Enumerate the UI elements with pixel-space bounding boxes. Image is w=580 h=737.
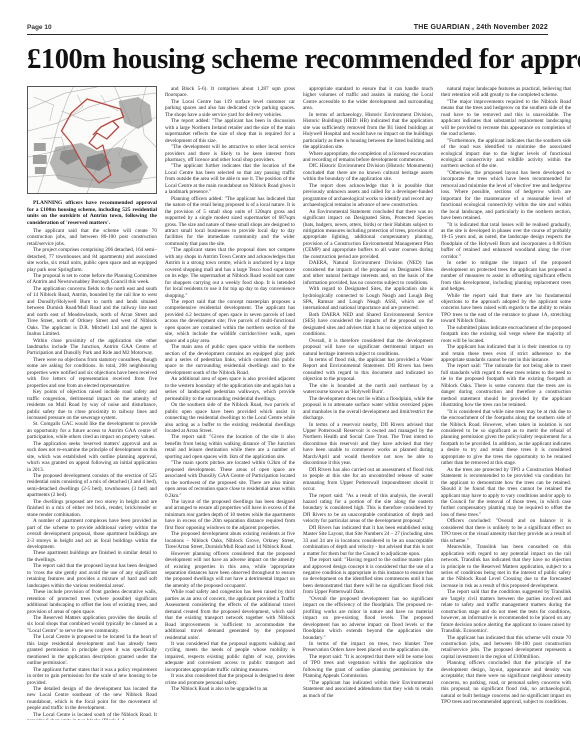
paragraph: These apartment buildings are finished i…: [27, 550, 157, 563]
paragraph: "The development will be attractive to o…: [165, 144, 295, 163]
column-3: appropriate standard to ensure that it c…: [303, 86, 433, 720]
paragraph: Officers concluded: "Overall and on bala…: [441, 518, 571, 544]
paragraph: The proposal is set to come before the P…: [27, 273, 157, 286]
column-4-paragraphs: natural major landscape features as prac…: [441, 86, 571, 706]
paragraph: The proposed development consists of the…: [27, 473, 157, 499]
paragraph: DfI Rivers has indicated that it has bee…: [303, 525, 433, 557]
paragraph: The proposed development abuts existing …: [165, 531, 295, 550]
paragraph: natural major landscape features as prac…: [441, 86, 571, 99]
paragraph: DAERA, Natural Environment Division (NED…: [303, 260, 433, 286]
paragraph: The report said: "The rationale for not …: [441, 363, 571, 408]
paragraph: The main area of public open space withi…: [165, 344, 295, 376]
paragraph: "Furthermore, the applicant indicates th…: [441, 138, 571, 170]
paragraph: An additional area of open space is also…: [165, 376, 295, 402]
article-columns: PLANNING officers have recommended appro…: [27, 86, 571, 720]
paragraph: It was considered that the proposal supp…: [165, 641, 295, 673]
paragraph: The applicant has indicated that it is t…: [441, 344, 571, 363]
paragraph: The Local Centre is located south of the…: [27, 712, 157, 720]
paragraph: The submitted plans indicate encroachmen…: [441, 325, 571, 344]
paragraph: The report said: "Having regard to the o…: [303, 557, 433, 596]
paragraph: The site is bounded at the north and nor…: [303, 383, 433, 396]
paragraph: "The main sports pitches are located wit…: [165, 460, 295, 499]
column-1: PLANNING officers have recommended appro…: [27, 86, 157, 720]
column-4: natural major landscape features as prac…: [441, 86, 571, 720]
headline: £100m housing scheme recommended for app…: [27, 44, 570, 76]
paragraph: Planning officers concluded that the pri…: [441, 660, 571, 705]
paragraph: The report said: "It is accepted that th…: [303, 654, 433, 680]
paragraph: The dwellings proposed are two storey in…: [27, 499, 157, 518]
paragraph: The report said that the conditions sugg…: [441, 589, 571, 634]
paragraph: As the trees are protected by TPO a Cons…: [441, 467, 571, 519]
paragraph: In terms of a reservoir nearby, DfI Rive…: [303, 422, 433, 467]
paragraph: "Otherwise, the proposed layout has been…: [441, 170, 571, 222]
paragraph: While road safety and congestion has bee…: [165, 589, 295, 641]
paragraph: In terms of the impact on trees, two bla…: [303, 641, 433, 654]
paragraph: "The applicant states that the proposal …: [165, 247, 295, 299]
paragraph: There were no objections from statutory …: [27, 357, 157, 389]
paragraph: The development does not lie within a fl…: [303, 396, 433, 422]
paragraph: The application concerns fields to the n…: [27, 286, 157, 338]
paragraph: The Niblock Road is also to be upgraded …: [165, 686, 295, 692]
paragraph: While the report said that there are 'no…: [441, 293, 571, 325]
paragraph: Overall, it is therefore considered that…: [303, 338, 433, 357]
paragraph: "It is indicated that total losses will …: [441, 222, 571, 261]
column-2: and Block 5-6). It comprises about 1,287…: [165, 86, 295, 720]
paragraph: "The major improvements required to the …: [441, 99, 571, 138]
column-3-paragraphs: appropriate standard to ensure that it c…: [303, 86, 433, 699]
masthead: THE GUARDIAN , 24th November 2022: [414, 24, 548, 31]
paragraph: The project comprises comprising 206 det…: [27, 247, 157, 273]
paragraph: Key points of objection raised include r…: [27, 389, 157, 421]
paragraph: Planning officers added: "The applicant …: [165, 196, 295, 248]
paragraph: St. Comgalls GAC would like the developm…: [27, 421, 157, 440]
paragraph: appropriate standard to ensure that it c…: [303, 86, 433, 112]
page-number: Page 10: [27, 24, 52, 31]
paragraph: The report does acknowledge that it is p…: [303, 183, 433, 209]
paragraph: With regard to Designated Sites, the app…: [303, 286, 433, 312]
paragraph: "It is considered that while nine trees …: [441, 409, 571, 467]
paragraph: DfC Historic Environment Division (Histo…: [303, 163, 433, 182]
page-header: Page 10 THE GUARDIAN , 24th November 202…: [27, 24, 548, 35]
paragraph: The Local Centre is proposed to be locat…: [27, 634, 157, 666]
site-map: [27, 86, 157, 194]
paragraph: In terms of archaeology, Historic Enviro…: [303, 112, 433, 151]
lede-paragraph: PLANNING officers have recommended appro…: [27, 200, 157, 227]
paragraph: and Block 5-6). It comprises about 1,287…: [165, 86, 295, 99]
paragraph: The report said that the concept masterp…: [165, 299, 295, 344]
paragraph: The detailed design of the development h…: [27, 686, 157, 712]
paragraph: It was also considered that the proposal…: [165, 673, 295, 686]
paragraph: DfI Rivers has also carried out an asses…: [303, 467, 433, 493]
paragraph: The applicant further states that it was…: [27, 667, 157, 686]
column-1-paragraphs: The applicant said that the scheme will …: [27, 228, 157, 720]
paragraph: Where appropriate, the completion of a l…: [303, 151, 433, 164]
paragraph: A number of apartment complexes have bee…: [27, 518, 157, 550]
paragraph: The Local Centre has 119 surface level c…: [165, 99, 295, 118]
column-2-paragraphs: and Block 5-6). It comprises about 1,287…: [165, 86, 295, 693]
paragraph: The layout of the proposed dwellings has…: [165, 499, 295, 531]
paragraph: Within close proximity of the applicatio…: [27, 338, 157, 357]
paragraph: In terms of flood risk, the applicant ha…: [303, 357, 433, 383]
paragraph: The report added: "The applicant has bee…: [165, 118, 295, 144]
paragraph: These include provision of front gardens…: [27, 589, 157, 615]
paragraph: The applicant said that the scheme will …: [27, 228, 157, 247]
paragraph: "The applicant further indicates that th…: [165, 163, 295, 195]
paragraph: On the southern side of the Niblock Road…: [165, 402, 295, 434]
paragraph: "The applicant has indicated within thei…: [303, 680, 433, 699]
paragraph: "Overall the proposed development has no…: [303, 596, 433, 641]
paragraph: Both DAERA NED and Shared Environmental …: [303, 312, 433, 338]
paragraph: The Reserved Matters application provide…: [27, 615, 157, 634]
paragraph: The report said that the proposed layout…: [27, 563, 157, 589]
paragraph: The application seeks 'reserved matters'…: [27, 441, 157, 473]
paragraph: An Environmental Statement concluded tha…: [303, 209, 433, 261]
paragraph: However planning officers considered tha…: [165, 551, 295, 590]
paragraph: The applicant has indicated that this sc…: [441, 635, 571, 661]
paragraph: The report said: "As a result of this an…: [303, 493, 433, 525]
paragraph: The report said: "Given the location of …: [165, 434, 295, 460]
paragraph: In order to mitigate the impact of the p…: [441, 260, 571, 292]
newspaper-page: Page 10 THE GUARDIAN , 24th November 202…: [0, 0, 580, 737]
paragraph: Meanwhile, Translink has been consulted …: [441, 544, 571, 589]
site-map-svg: [28, 87, 156, 193]
